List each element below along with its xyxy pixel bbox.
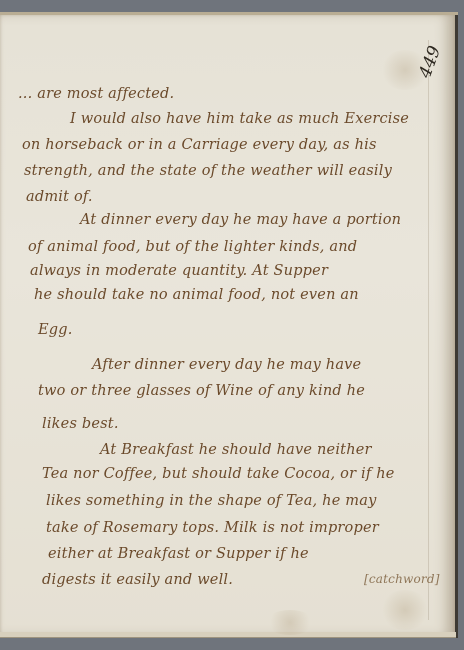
text-line: two or three glasses of Wine of any kind… xyxy=(38,383,365,399)
margin-fold-line xyxy=(428,40,429,620)
text-line: likes best. xyxy=(42,416,119,432)
text-line: either at Breakfast or Supper if he xyxy=(48,546,309,562)
text-line: I would also have him take as much Exerc… xyxy=(70,111,409,127)
text-line: he should take no animal food, not even … xyxy=(34,287,359,303)
paper-stain xyxy=(265,610,315,635)
text-line: At Breakfast he should have neither xyxy=(100,442,372,458)
text-line: strength, and the state of the weather w… xyxy=(24,163,392,179)
text-line: At dinner every day he may have a portio… xyxy=(80,212,401,228)
text-line: digests it easily and well. xyxy=(42,572,233,588)
text-line: on horseback or in a Carriage every day,… xyxy=(22,137,377,153)
text-line: Egg. xyxy=(38,322,73,338)
text-line: take of Rosemary tops. Milk is not impro… xyxy=(46,520,379,536)
catchword: [catchword] xyxy=(364,572,440,586)
page-bottom-edge xyxy=(0,632,456,638)
paper-stain xyxy=(380,590,430,630)
text-line: admit of. xyxy=(26,189,93,205)
text-line: Tea nor Coffee, but should take Cocoa, o… xyxy=(42,466,395,482)
text-line: always in moderate quantity. At Supper xyxy=(30,263,328,279)
text-line: After dinner every day he may have xyxy=(92,357,361,373)
text-line: of animal food, but of the lighter kinds… xyxy=(28,239,357,255)
page-top-edge xyxy=(0,12,458,15)
text-line: likes something in the shape of Tea, he … xyxy=(46,493,376,509)
text-line: ... are most affected. xyxy=(18,86,174,102)
